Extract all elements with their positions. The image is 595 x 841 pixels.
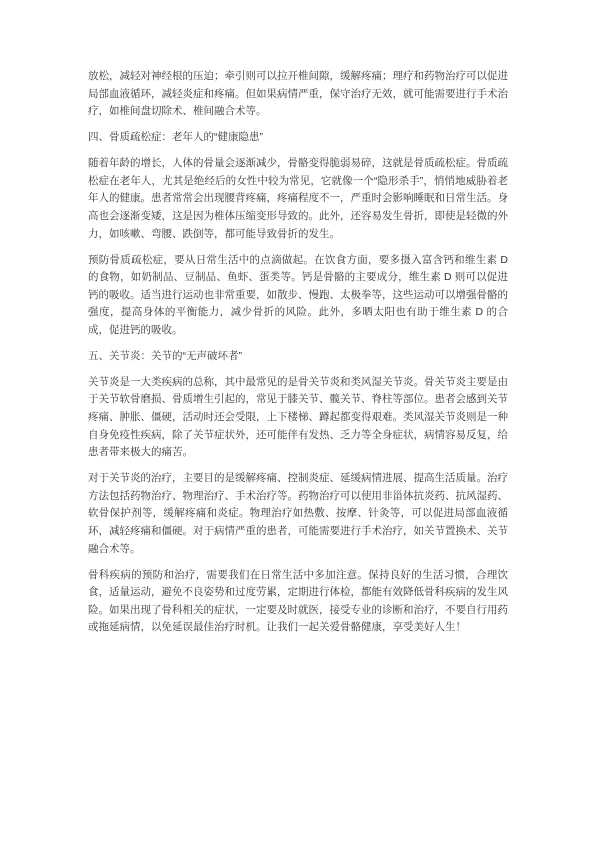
paragraph-conclusion: 骨科疾病的预防和治疗，需要我们在日常生活中多加注意。保持良好的生活习惯，合理饮食… — [88, 567, 508, 637]
section-heading-arthritis: 五、关节炎：关节的“无声破坏者” — [88, 348, 508, 366]
paragraph-osteoporosis-symptoms: 随着年龄的增长，人体的骨量会逐渐减少，骨骼变得脆弱易碎，这就是骨质疏松症。骨质疏… — [88, 155, 508, 243]
paragraph-spine-treatment: 放松，减轻对神经根的压迫；牵引则可以拉开椎间隙，缓解疼痛；理疗和药物治疗可以促进… — [88, 68, 508, 121]
paragraph-arthritis-types: 关节炎是一大类疾病的总称，其中最常见的是骨关节炎和类风湿关节炎。骨关节炎主要是由… — [88, 374, 508, 462]
document-content: 放松，减轻对神经根的压迫；牵引则可以拉开椎间隙，缓解疼痛；理疗和药物治疗可以促进… — [88, 68, 508, 645]
section-heading-osteoporosis: 四、骨质疏松症：老年人的“健康隐患” — [88, 129, 508, 147]
document-page: 放松，减轻对神经根的压迫；牵引则可以拉开椎间隙，缓解疼痛；理疗和药物治疗可以促进… — [0, 0, 595, 841]
paragraph-osteoporosis-prevention: 预防骨质疏松症，要从日常生活中的点滴做起。在饮食方面，要多摄入富含钙和维生素 D… — [88, 252, 508, 340]
paragraph-arthritis-treatment: 对于关节炎的治疗，主要目的是缓解疼痛、控制炎症、延缓病情进展、提高生活质量。治疗… — [88, 470, 508, 558]
